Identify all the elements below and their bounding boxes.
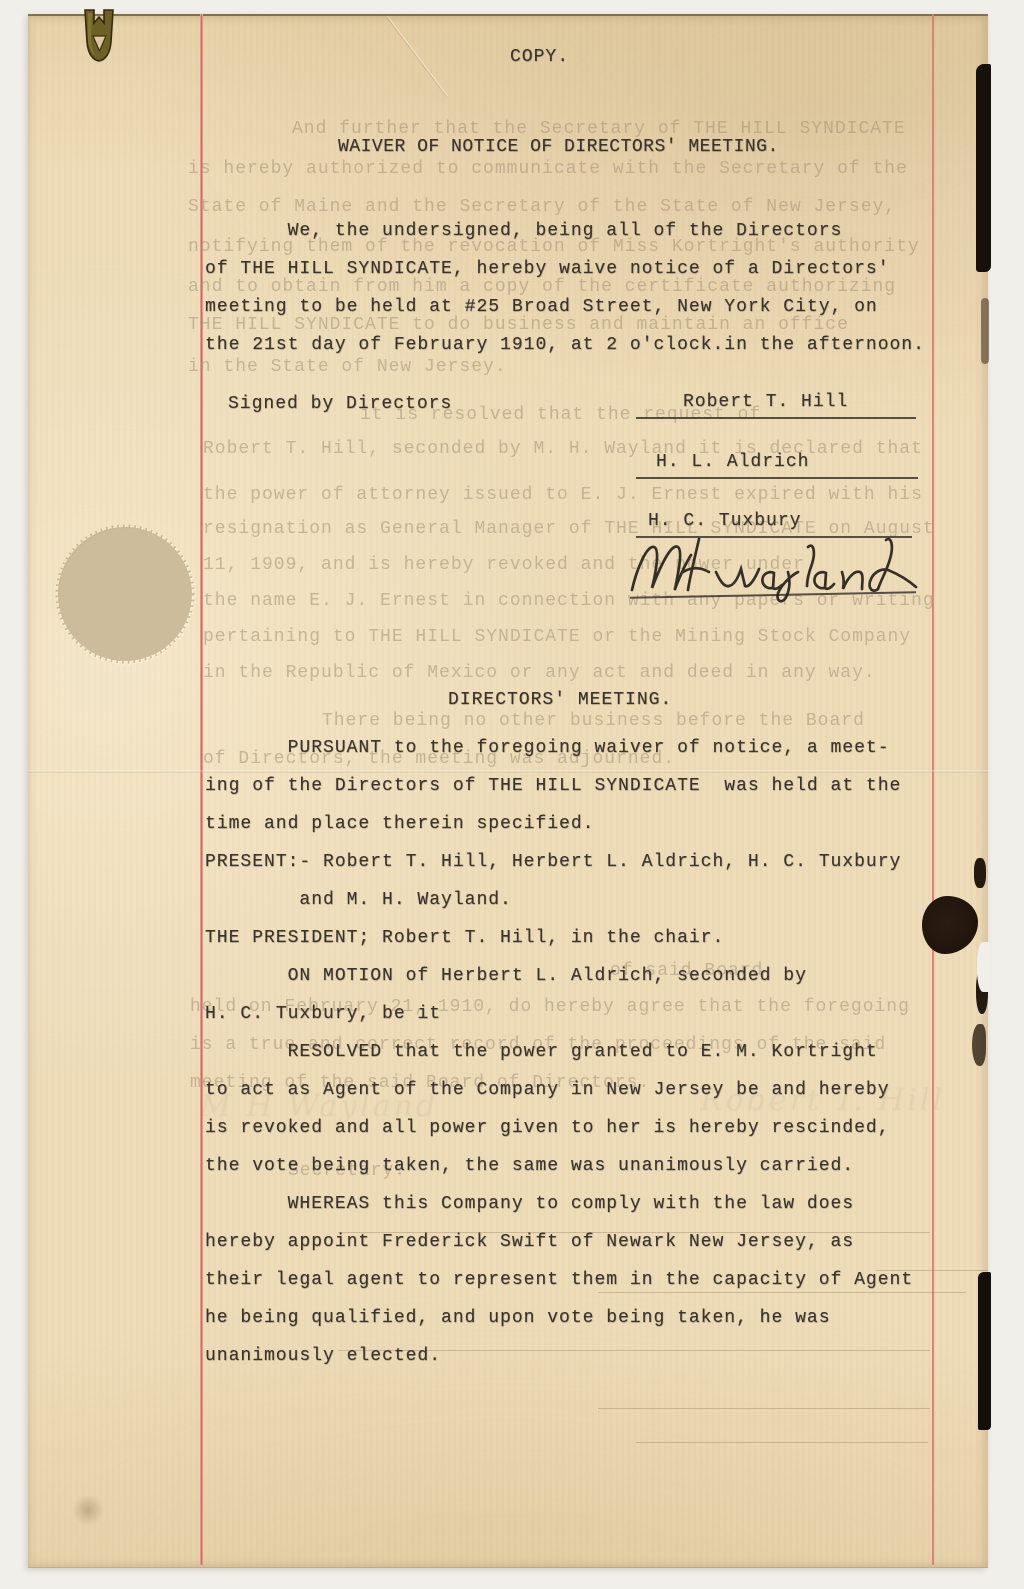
typed-line: PRESENT:- Robert T. Hill, Herbert L. Ald… xyxy=(205,843,913,881)
typed-line: hereby appoint Frederick Swift of Newark… xyxy=(205,1223,913,1261)
typed-line: the 21st day of February 1910, at 2 o'cl… xyxy=(205,326,925,364)
typed-line: he being qualified, and upon vote being … xyxy=(205,1299,913,1337)
typed-line: WHEREAS this Company to comply with the … xyxy=(205,1185,913,1223)
meeting-heading: DIRECTORS' MEETING. xyxy=(448,689,672,711)
scorch-mark xyxy=(972,1024,986,1066)
scorch-mark xyxy=(974,858,986,888)
scanned-document-page: THE HILL SYNDICATE MAINE 1907 THE HILL S… xyxy=(0,0,1024,1589)
document-title: WAIVER OF NOTICE OF DIRECTORS' MEETING. xyxy=(338,136,779,158)
signature-robert-t-hill: Robert T. Hill xyxy=(683,392,848,412)
signed-by-label: Signed by Directors xyxy=(228,394,452,414)
typed-line: and M. H. Wayland. xyxy=(205,881,913,919)
scorch-mark xyxy=(976,64,991,272)
typed-line: meeting to be held at #25 Broad Street, … xyxy=(205,288,925,326)
signature-h-l-aldrich: H. L. Aldrich xyxy=(656,452,809,472)
typed-line: PURSUANT to the foregoing waiver of noti… xyxy=(205,729,913,767)
typed-line: THE PRESIDENT; Robert T. Hill, in the ch… xyxy=(205,919,913,957)
typed-line: their legal agent to represent them in t… xyxy=(205,1261,913,1299)
brass-fastener xyxy=(80,8,118,64)
typed-line: We, the undersigned, being all of the Di… xyxy=(205,212,925,250)
waiver-paragraph: We, the undersigned, being all of the Di… xyxy=(205,212,925,364)
scorch-mark xyxy=(978,1272,991,1430)
typed-line: time and place therein specified. xyxy=(205,805,913,843)
typed-line: to act as Agent of the Company in New Je… xyxy=(205,1071,913,1109)
ink-smudge xyxy=(70,1496,106,1524)
signature-line xyxy=(636,417,916,419)
ghost-rule-line xyxy=(636,1442,928,1443)
typed-line: H. C. Tuxbury, be it xyxy=(205,995,913,1033)
typed-line: is revoked and all power given to her is… xyxy=(205,1109,913,1147)
typed-line: the vote being taken, the same was unani… xyxy=(205,1147,913,1185)
wayland-handwritten-signature xyxy=(628,528,920,604)
typed-line: ON MOTION of Herbert L. Aldrich, seconde… xyxy=(205,957,913,995)
scorch-mark xyxy=(981,298,989,364)
typed-line: unanimously elected. xyxy=(205,1337,913,1375)
copy-label: COPY. xyxy=(510,46,569,68)
ghost-rule-line xyxy=(598,1408,930,1409)
typed-line: RESOLVED that the power granted to E. M.… xyxy=(205,1033,913,1071)
meeting-minutes-paragraph: PURSUANT to the foregoing waiver of noti… xyxy=(205,729,913,1375)
signature-line xyxy=(636,477,918,479)
typed-line: of THE HILL SYNDICATE, hereby waive noti… xyxy=(205,250,925,288)
torn-edge-notch xyxy=(977,942,990,992)
typed-line: ing of the Directors of THE HILL SYNDICA… xyxy=(205,767,913,805)
